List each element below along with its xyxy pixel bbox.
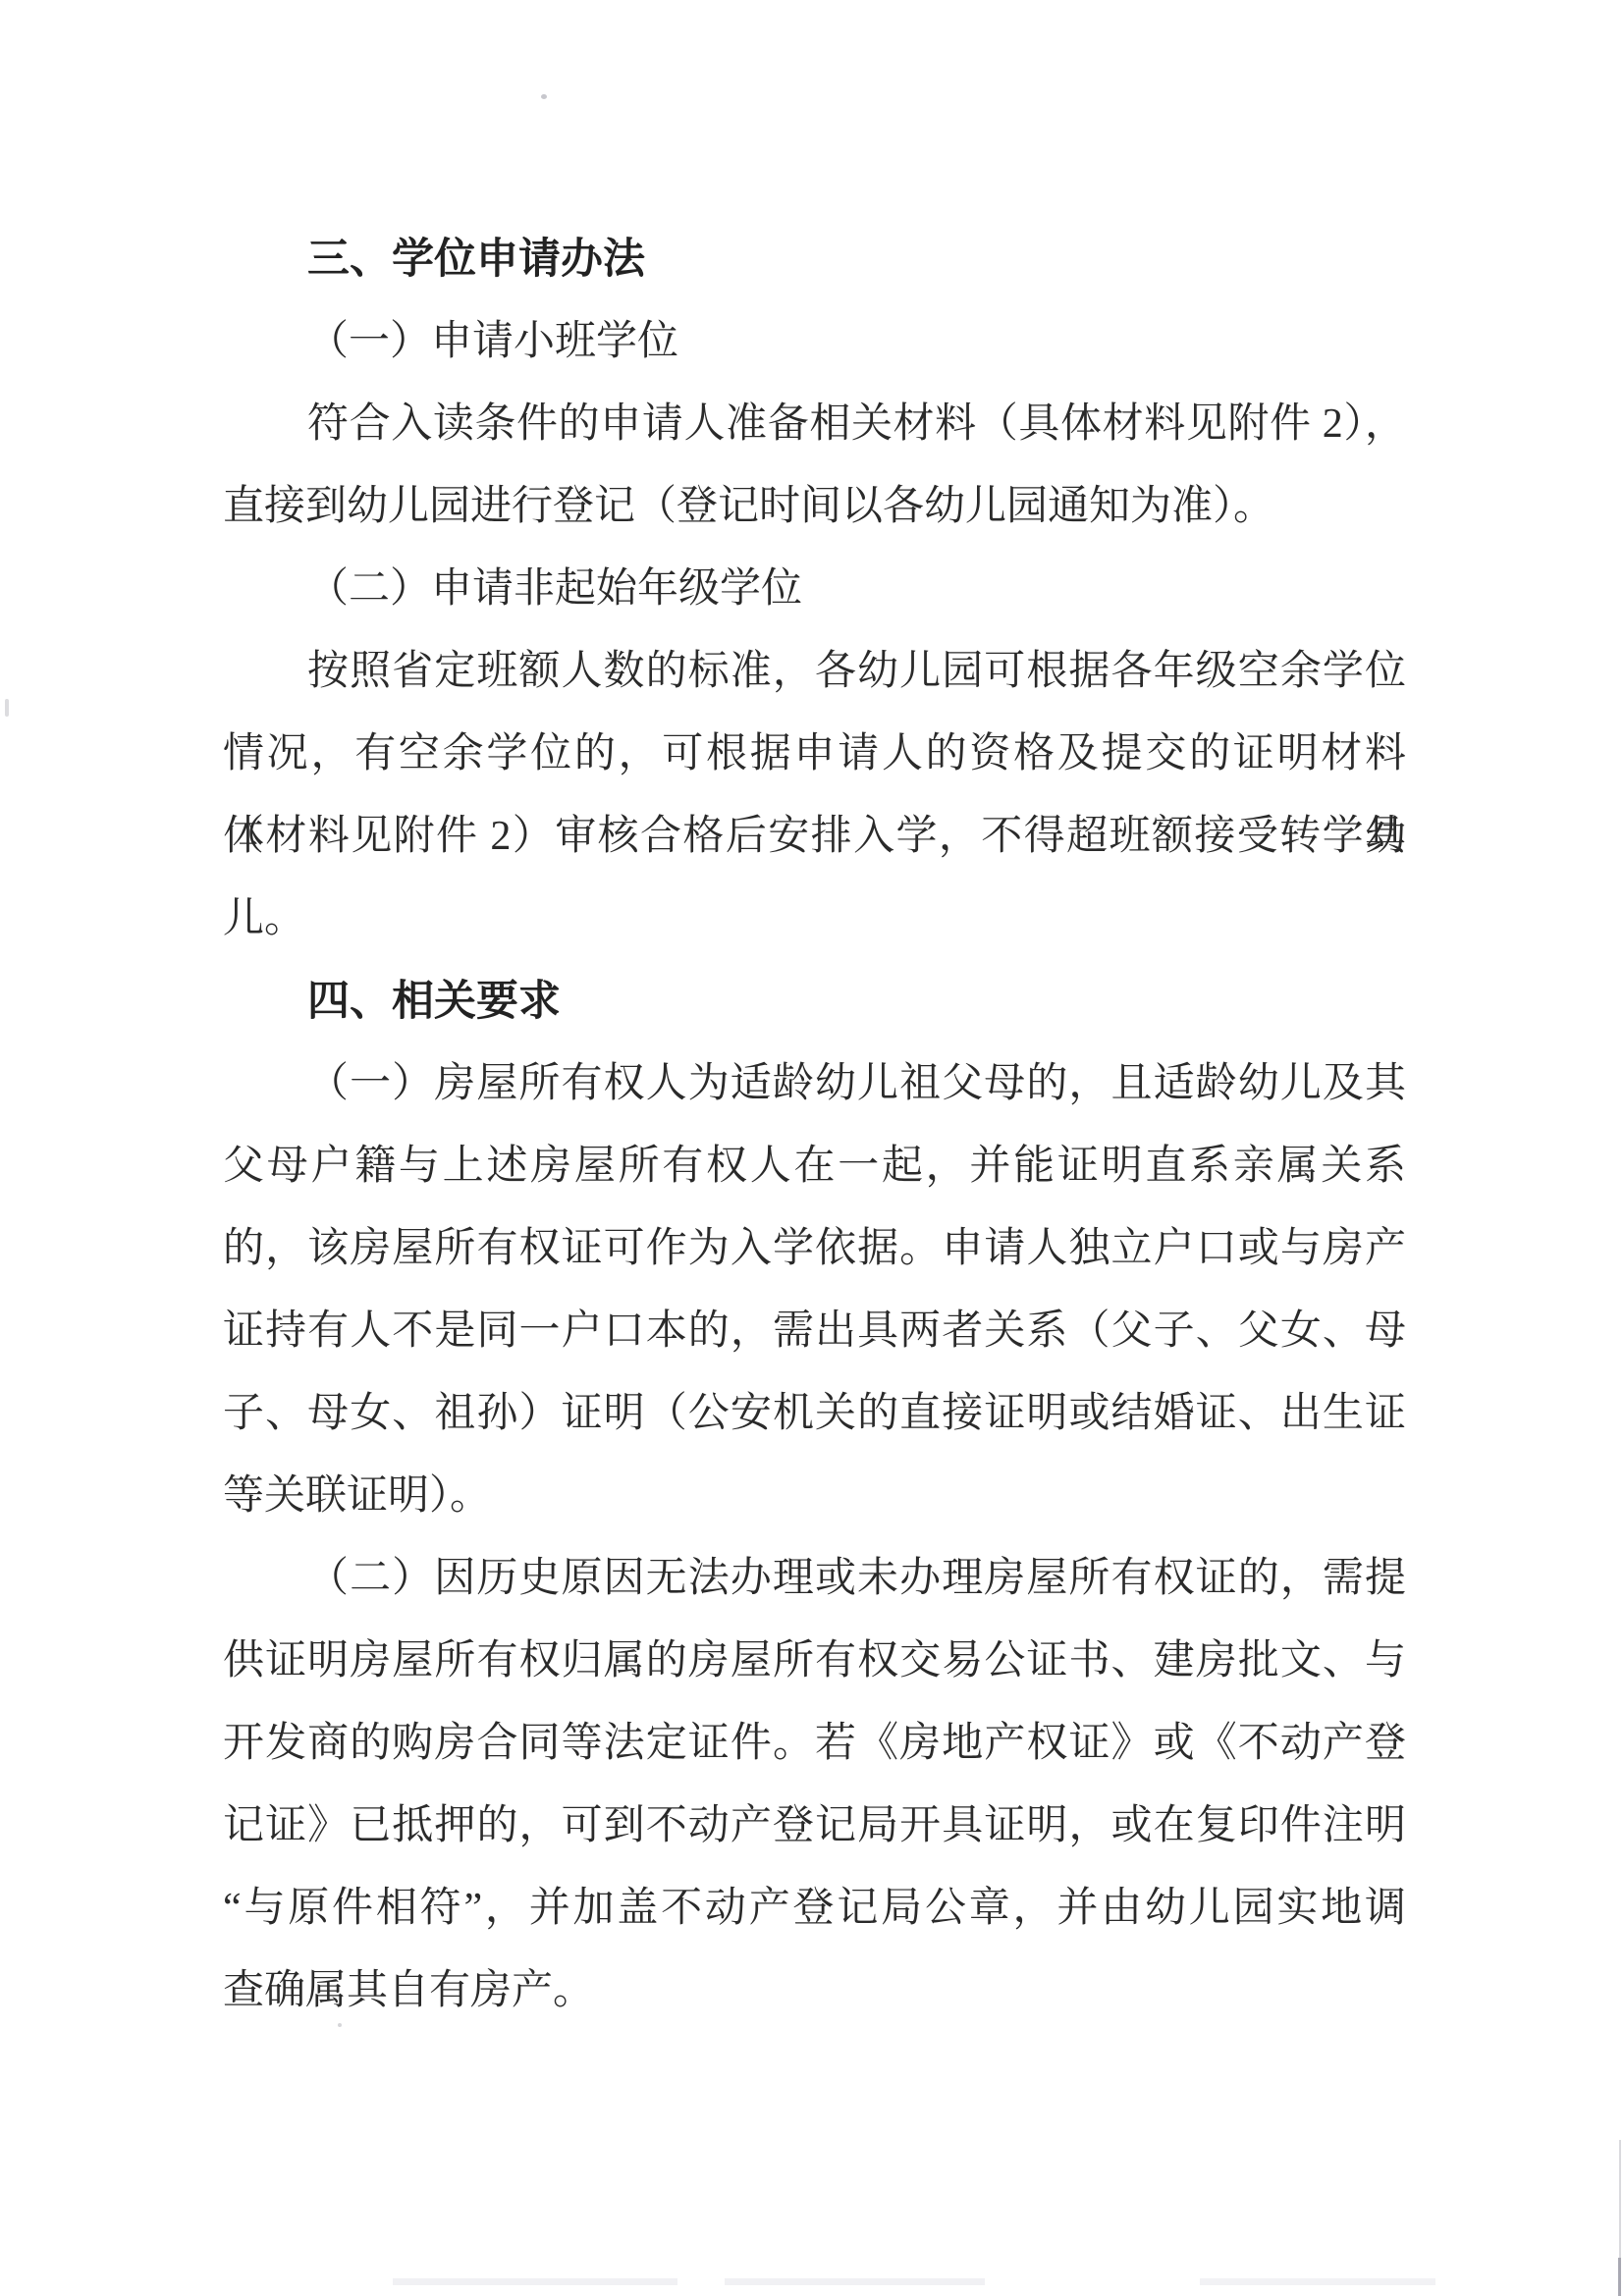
- doc-line: 符合入读条件的申请人准备相关材料（具体材料见附件 2），: [223, 383, 1406, 465]
- doc-line: 开发商的购房合同等法定证件。若《房地产权证》或《不动产登: [223, 1702, 1406, 1785]
- doc-line: （一）房屋所有权人为适龄幼儿祖父母的，且适龄幼儿及其: [223, 1042, 1406, 1125]
- doc-line: 证持有人不是同一户口本的，需出具两者关系（父子、父女、母: [223, 1290, 1406, 1372]
- doc-line: 按照省定班额人数的标准，各幼儿园可根据各年级空余学位: [223, 630, 1406, 713]
- scan-artifact-bottom-band: [393, 2278, 677, 2285]
- doc-line: 父母户籍与上述房屋所有权人在一起，并能证明直系亲属关系: [223, 1125, 1406, 1207]
- scan-artifact-right-edge: [1618, 2258, 1621, 2296]
- subsection-3-2-title: （二）申请非起始年级学位: [223, 548, 1406, 630]
- document-text-block: 三、学位申请办法 （一）申请小班学位 符合入读条件的申请人准备相关材料（具体材料…: [223, 218, 1406, 2032]
- document-page: 三、学位申请办法 （一）申请小班学位 符合入读条件的申请人准备相关材料（具体材料…: [0, 0, 1624, 2296]
- scan-artifact-dot: [541, 94, 547, 99]
- doc-line: 等关联证明）。: [223, 1455, 1406, 1537]
- doc-line: 查确属其自有房产。: [223, 1949, 1406, 2032]
- doc-line: 记证》已抵押的，可到不动产登记局开具证明，或在复印件注明: [223, 1785, 1406, 1867]
- doc-line: “与原件相符”，并加盖不动产登记局公章，并由幼儿园实地调: [223, 1867, 1406, 1949]
- doc-line: 直接到幼儿园进行登记（登记时间以各幼儿园通知为准）。: [223, 465, 1406, 548]
- doc-line: 的，该房屋所有权证可作为入学依据。申请人独立户口或与房产: [223, 1207, 1406, 1290]
- section-heading-3: 三、学位申请办法: [223, 218, 1406, 300]
- doc-line: 供证明房屋所有权归属的房屋所有权交易公证书、建房批文、与: [223, 1620, 1406, 1702]
- doc-line: （二）因历史原因无法办理或未办理房屋所有权证的，需提: [223, 1537, 1406, 1620]
- doc-line: 情况，有空余学位的，可根据申请人的资格及提交的证明材料（具: [223, 713, 1406, 795]
- scan-artifact-right-edge: [1619, 2140, 1621, 2258]
- subsection-3-1-title: （一）申请小班学位: [223, 300, 1406, 383]
- doc-line: 体材料见附件 2）审核合格后安排入学，不得超班额接受转学幼: [223, 795, 1406, 878]
- doc-line: 子、母女、祖孙）证明（公安机关的直接证明或结婚证、出生证: [223, 1372, 1406, 1455]
- scan-artifact-bottom-band: [1200, 2278, 1435, 2285]
- section-heading-4: 四、相关要求: [223, 960, 1406, 1042]
- scan-artifact-left-mark: [5, 699, 9, 717]
- doc-line: 儿。: [223, 878, 1406, 960]
- scan-artifact-bottom-band: [725, 2278, 985, 2285]
